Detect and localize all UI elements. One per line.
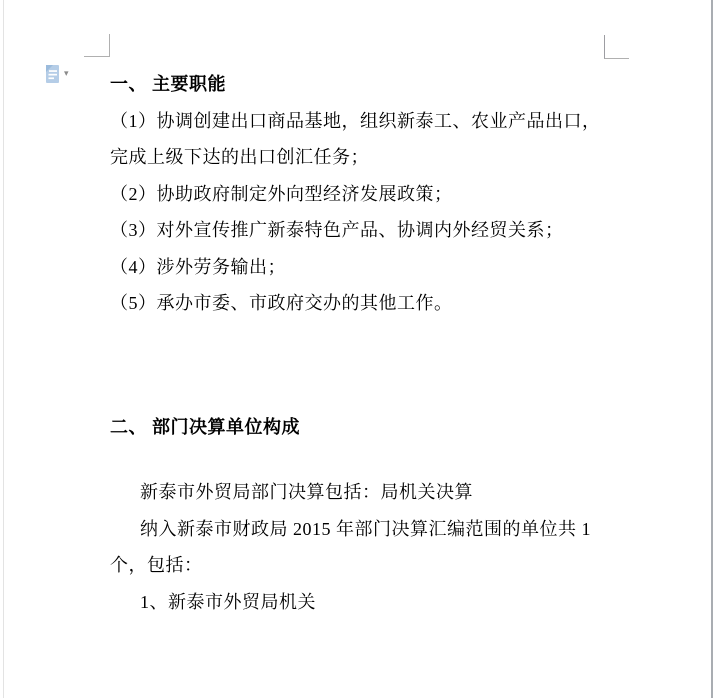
paragraph-line: 个，包括： [110,546,615,583]
section-heading-1: 一、 主要职能 [110,65,615,102]
text-boundary-mark-top-left [84,34,110,57]
paste-options-button[interactable]: ▾ [44,62,76,86]
heading-number: 一、 [110,70,152,96]
paragraph-line: （4）涉外劳务输出； [110,248,615,285]
paragraph-spacer [110,445,615,474]
paragraph-line: （2）协助政府制定外向型经济发展政策； [110,175,615,212]
document-content: 一、 主要职能 （1）协调创建出口商品基地，组织新泰工、农业产品出口， 完成上级… [110,65,615,619]
document-page: ▾ 一、 主要职能 （1）协调创建出口商品基地，组织新泰工、农业产品出口， 完成… [0,0,715,698]
heading-number: 二、 [110,413,152,439]
text-boundary-mark-top-right [604,35,629,59]
paragraph-line: （5）承办市委、市政府交办的其他工作。 [110,284,615,321]
section-spacer [110,321,615,409]
chevron-down-icon: ▾ [64,70,69,79]
page-left-edge [3,0,4,698]
paragraph-line: （1）协调创建出口商品基地，组织新泰工、农业产品出口， [110,102,615,139]
section-heading-2: 二、 部门决算单位构成 [110,408,615,445]
heading-title: 主要职能 [152,70,226,96]
heading-title: 部门决算单位构成 [152,413,300,439]
paragraph-line: 纳入新泰市财政局 2015 年部门决算汇编范围的单位共 1 [110,510,615,547]
paragraph-line: 1、新泰市外贸局机关 [110,583,615,620]
paragraph-line: （3）对外宣传推广新泰特色产品、协调内外经贸关系； [110,211,615,248]
page-right-edge[interactable] [711,0,713,698]
paragraph-line: 完成上级下达的出口创汇任务； [110,138,615,175]
paragraph-line: 新泰市外贸局部门决算包括：局机关决算 [110,473,615,510]
paste-document-icon [44,64,61,85]
